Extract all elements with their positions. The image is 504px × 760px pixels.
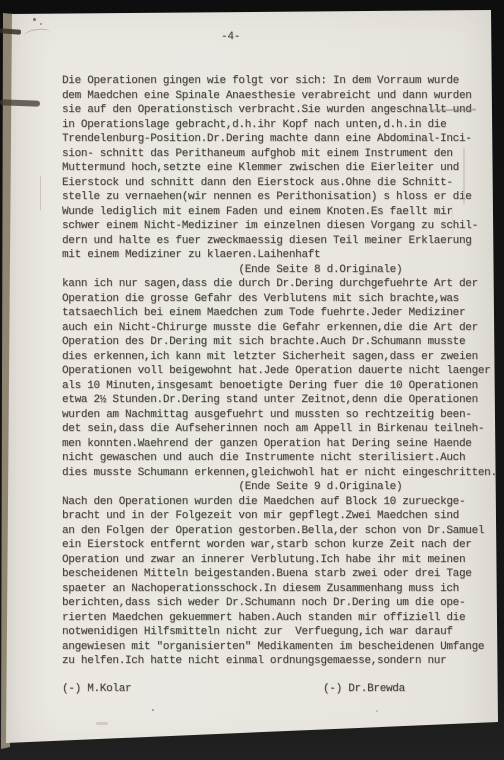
signature-left: (-) M.Kolar: [62, 683, 131, 695]
typewritten-body-text: Die Operationen gingen wie folgt vor sic…: [62, 74, 497, 669]
page-number: -4-: [221, 31, 240, 43]
signature-right: (-) Dr.Brewda: [323, 683, 405, 695]
scanned-document-photo: -4- Die Operationen gingen wie folgt vor…: [0, 0, 504, 760]
signature-row: (-) M.Kolar (-) Dr.Brewda: [62, 683, 482, 697]
